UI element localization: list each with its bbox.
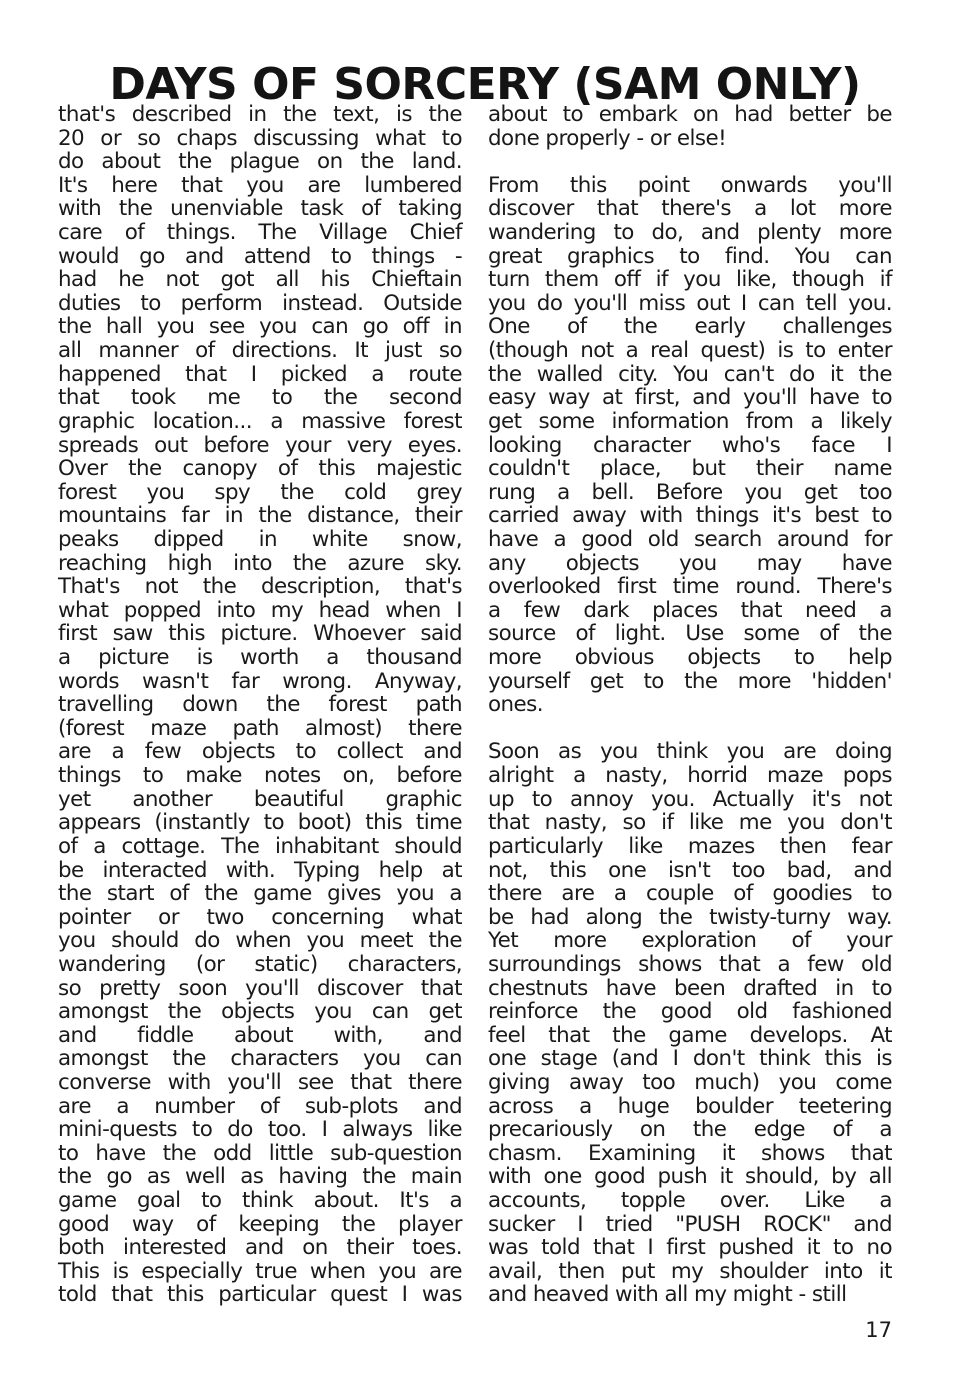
text-line: mini-quests to do too. I always like <box>58 1118 462 1142</box>
text-line: first saw this picture. Whoever said <box>58 622 462 646</box>
text-line: you should do when you meet the <box>58 929 462 953</box>
text-line: of a cottage. The inhabitant should <box>58 835 462 859</box>
text-line: ones. <box>488 693 892 717</box>
text-line: amongst the objects you can get <box>58 1000 462 1024</box>
text-line: things to make notes on, before <box>58 764 462 788</box>
text-line: about to embark on had better be <box>488 103 892 127</box>
text-line: the start of the game gives you a <box>58 882 462 906</box>
text-line: Soon as you think you are doing <box>488 740 892 764</box>
paragraph: From this point onwards you'lldiscover t… <box>488 174 892 717</box>
text-line: the walled city. You can't do it the <box>488 363 892 387</box>
text-line: peaks dipped in white snow, <box>58 528 462 552</box>
text-line: more obvious objects to help <box>488 646 892 670</box>
text-line: avail, then put my shoulder into it <box>488 1260 892 1284</box>
text-line: feel that the game develops. At <box>488 1024 892 1048</box>
text-line: converse with you'll see that there <box>58 1071 462 1095</box>
text-line: precariously on the edge of a <box>488 1118 892 1142</box>
text-line: One of the early challenges <box>488 315 892 339</box>
text-line: giving away too much) you come <box>488 1071 892 1095</box>
text-line: Yet more exploration of your <box>488 929 892 953</box>
text-line: happened that I picked a route <box>58 363 462 387</box>
text-line: a picture is worth a thousand <box>58 646 462 670</box>
text-line: with the unenviable task of taking <box>58 197 462 221</box>
paragraph: Soon as you think you are doingalright a… <box>488 740 892 1307</box>
text-line: had he not got all his Chieftain <box>58 268 462 292</box>
text-line: mountains far in the distance, their <box>58 504 462 528</box>
text-line: (forest maze path almost) there <box>58 717 462 741</box>
text-line: do about the plague on the land. <box>58 150 462 174</box>
text-line: be interacted with. Typing help at <box>58 859 462 883</box>
text-line: discover that there's a lot more <box>488 197 892 221</box>
text-line: care of things. The Village Chief <box>58 221 462 245</box>
text-line: reaching high into the azure sky. <box>58 552 462 576</box>
text-line: duties to perform instead. Outside <box>58 292 462 316</box>
text-line: yet another beautiful graphic <box>58 788 462 812</box>
text-line: are a number of sub-plots and <box>58 1095 462 1119</box>
text-line: all manner of directions. It just so <box>58 339 462 363</box>
left-column: that's described in the text, is the20 o… <box>58 103 462 1307</box>
text-line: have a good old search around for <box>488 528 892 552</box>
text-line: appears (instantly to boot) this time <box>58 811 462 835</box>
text-line: that nasty, so if like me you don't <box>488 811 892 835</box>
text-line: turn them off if you like, though if <box>488 268 892 292</box>
text-line: the go as well as having the main <box>58 1165 462 1189</box>
text-line: there are a couple of goodies to <box>488 882 892 906</box>
text-line: are a few objects to collect and <box>58 740 462 764</box>
text-line: couldn't place, but their name <box>488 457 892 481</box>
text-line: accounts, topple over. Like a <box>488 1189 892 1213</box>
text-line: would go and attend to things - <box>58 245 462 269</box>
text-line: That's not the description, that's <box>58 575 462 599</box>
text-line: yourself get to the more 'hidden' <box>488 670 892 694</box>
text-line: told that this particular quest I was <box>58 1283 462 1307</box>
text-line: up to annoy you. Actually it's not <box>488 788 892 812</box>
text-line: carried away with things it's best to <box>488 504 892 528</box>
paragraph-gap <box>488 150 892 174</box>
text-line: (though not a real quest) is to enter <box>488 339 892 363</box>
text-line: rung a bell. Before you get too <box>488 481 892 505</box>
text-line: one stage (and I don't think this is <box>488 1047 892 1071</box>
text-line: particularly like mazes then fear <box>488 835 892 859</box>
text-line: get some information from a likely <box>488 410 892 434</box>
text-line: a few dark places that need a <box>488 599 892 623</box>
text-line: to have the odd little sub-question <box>58 1142 462 1166</box>
text-line: and heaved with all my might - still <box>488 1283 892 1307</box>
text-line: the hall you see you can go off in <box>58 315 462 339</box>
text-line: surroundings shows that a few old <box>488 953 892 977</box>
text-line: done properly - or else! <box>488 127 892 151</box>
text-line: easy way at first, and you'll have to <box>488 386 892 410</box>
text-line: you do you'll miss out I can tell you. <box>488 292 892 316</box>
text-line: This is especially true when you are <box>58 1260 462 1284</box>
text-line: with one good push it should, by all <box>488 1165 892 1189</box>
text-line: sucker I tried "PUSH ROCK" and <box>488 1213 892 1237</box>
text-line: both interested and on their toes. <box>58 1236 462 1260</box>
paragraph: about to embark on had better bedone pro… <box>488 103 892 150</box>
text-line: not, this one isn't too bad, and <box>488 859 892 883</box>
text-line: and fiddle about with, and <box>58 1024 462 1048</box>
text-line: any objects you may have <box>488 552 892 576</box>
text-line: be had along the twisty-turny way. <box>488 906 892 930</box>
text-line: that's described in the text, is the <box>58 103 462 127</box>
text-line: chasm. Examining it shows that <box>488 1142 892 1166</box>
text-line: wandering (or static) characters, <box>58 953 462 977</box>
text-line: game goal to think about. It's a <box>58 1189 462 1213</box>
text-line: From this point onwards you'll <box>488 174 892 198</box>
text-line: amongst the characters you can <box>58 1047 462 1071</box>
text-line: graphic location... a massive forest <box>58 410 462 434</box>
text-line: travelling down the forest path <box>58 693 462 717</box>
text-line: forest you spy the cold grey <box>58 481 462 505</box>
text-line: reinforce the good old fashioned <box>488 1000 892 1024</box>
text-line: It's here that you are lumbered <box>58 174 462 198</box>
text-line: that took me to the second <box>58 386 462 410</box>
text-line: looking character who's face I <box>488 434 892 458</box>
right-column: about to embark on had better bedone pro… <box>488 103 892 1307</box>
text-line: overlooked first time round. There's <box>488 575 892 599</box>
paragraph-gap <box>488 717 892 741</box>
text-line: great graphics to find. You can <box>488 245 892 269</box>
text-line: was told that I first pushed it to no <box>488 1236 892 1260</box>
text-line: what popped into my head when I <box>58 599 462 623</box>
text-line: wandering to do, and plenty more <box>488 221 892 245</box>
text-line: Over the canopy of this majestic <box>58 457 462 481</box>
text-line: so pretty soon you'll discover that <box>58 977 462 1001</box>
text-line: pointer or two concerning what <box>58 906 462 930</box>
text-line: source of light. Use some of the <box>488 622 892 646</box>
text-line: alright a nasty, horrid maze pops <box>488 764 892 788</box>
text-line: spreads out before your very eyes. <box>58 434 462 458</box>
text-line: 20 or so chaps discussing what to <box>58 127 462 151</box>
page-number: 17 <box>838 1318 892 1342</box>
text-line: good way of keeping the player <box>58 1213 462 1237</box>
text-line: chestnuts have been drafted in to <box>488 977 892 1001</box>
text-line: across a huge boulder teetering <box>488 1095 892 1119</box>
text-line: words wasn't far wrong. Anyway, <box>58 670 462 694</box>
